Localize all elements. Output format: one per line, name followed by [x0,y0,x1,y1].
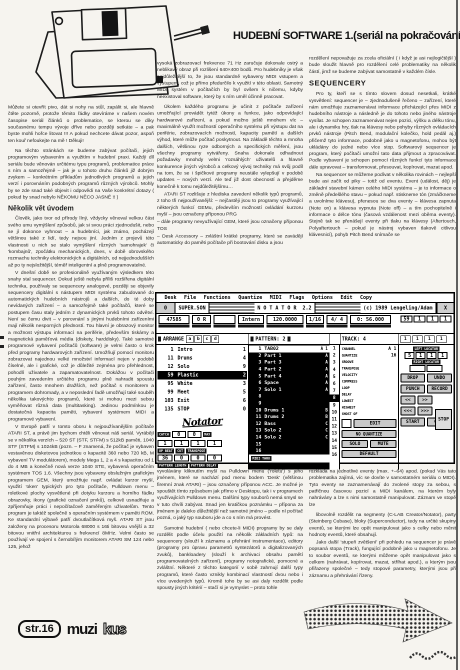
chain-letter[interactable]: c [203,335,211,343]
track-name: Drums 2 [261,414,314,420]
left-locator-values: 5111 [400,352,452,359]
track-index: 16 [250,448,261,454]
pattern-option-chip [287,337,290,342]
pattern-track-row[interactable]: 2 Part 1 A [249,352,329,359]
article-subtitle: (seriál na pokračování) [353,30,460,42]
arrange-row[interactable]: 99 Meet 5 [158,388,247,397]
scan-mark [0,345,4,348]
arrange-position: 103 [159,398,174,404]
scan-squiggle [408,646,458,666]
arrange-row[interactable]: 11 Drums 4 [158,354,247,363]
menu-item[interactable]: Edit [340,295,352,301]
track-name: Solo 1 [261,387,314,393]
article-title-row: HUDEBNÍ SOFTWARE 1. (seriál na pokračová… [233,30,457,42]
track-parameter-panel: CHANNEL A 1 QUANTIZE 16 GROOVE [340,345,399,470]
pattern-length-value[interactable]: 0 [191,455,206,462]
track-index: 14 [250,435,261,441]
paragraph: Jako další 'stupeň zvětšení' při pohledu… [309,539,456,579]
window-size-box[interactable]: 0 [157,303,176,313]
track-index: 8 [250,394,261,400]
track-number[interactable]: 12 [329,423,339,430]
tempo-display[interactable]: 120.0000 [267,315,304,324]
pattern-track-row[interactable]: 6 Space A [249,379,329,386]
arrange-pattern-name: Exit [174,398,238,404]
section-heading-uvodem: Několik vět úvodem [8,204,154,214]
titlebar-stripes [210,303,255,313]
parameter-label: LOOP [342,386,350,390]
track-channel: A [315,353,328,358]
mute-button[interactable]: MUTE [370,440,396,448]
track-name: Part 2 [261,367,314,373]
copyright-text: (c) 1989 Lengeling/Adam [360,303,436,313]
punch-button[interactable]: PUNCH [400,385,425,394]
article-title: HUDEBNÍ SOFTWARE 1. [233,30,353,42]
arrange-position: 99 [159,390,174,396]
upbeat-caption: UP BEAT [158,449,175,454]
track-channel: A [315,360,328,365]
menu-item[interactable]: Desk [165,295,177,301]
pattern-track-row[interactable]: 9 [249,400,329,407]
track-number[interactable]: 11 [329,416,339,423]
arrange-pattern-name: White [174,381,238,387]
upbeat-value[interactable]: 1 [207,440,222,447]
pattern-track-row[interactable]: 5 Part 4 A [249,373,329,380]
arrange-pattern-name: Plastic [174,373,238,379]
paragraph: Samotné hudební ( nebo chcete-li MIDI) p… [157,525,303,592]
track-index: 6 [250,380,261,386]
upbeat-caption: TRANSPOSE [186,449,207,454]
paragraph: Člověk, jako tvor od přírody líný, vždyc… [8,215,154,268]
track-number[interactable]: 7 [329,388,339,395]
no-quantize-button[interactable]: NO QUANTIZE [342,430,397,438]
track-number[interactable]: 5 [329,373,339,380]
arrange-repeat: 5 [238,390,246,396]
track-number[interactable]: 10 [329,409,339,416]
pattern-track-row[interactable]: 14 Solo 2 C [249,434,329,441]
default-button[interactable]: DEFAULT [342,450,397,458]
track-number[interactable]: 4 [329,366,339,373]
cycle-box[interactable] [427,365,443,372]
track-number[interactable]: 2 [329,352,339,359]
track-index: 10 [250,407,261,413]
paragraph: libovolně rozdělit na segmenty (C-LAB Cr… [309,511,456,538]
chain-letter[interactable]: a [186,335,194,343]
smpte-time-display: 0: 56.000 [350,315,391,324]
undo-button[interactable]: UNDO [427,374,452,383]
column-middle-top: vysoká zobrazovací frekvence 71 Hz zaruč… [157,60,303,288]
track-index: 9 [250,401,261,407]
pattern-track-row[interactable]: 7 Solo 1 A [249,386,329,393]
track-number[interactable]: 9 [329,402,339,409]
track-channel: B [315,415,328,420]
track-channel: A [315,387,328,392]
paragraph: vysoká zobrazovací frekvence 71 Hz zaruč… [157,60,303,100]
parameter-label: QUANTIZE [342,353,358,357]
paragraph: ATARI ST rozlišuje z hlediska zavedení n… [157,191,303,218]
pattern-track-list: 1 TAB02 A 1 2 Part 1 A [249,345,329,470]
parameter-label: GROOVE [342,360,354,364]
pattern-label[interactable]: PATTERN: 2 [255,336,285,342]
arrange-label: ARRANGE [163,336,184,342]
right-locator-caption: RIGHT LOCATOR [412,360,440,365]
arrange-pattern-name: Meet [174,390,238,396]
arrange-repeat: 6 [238,398,246,404]
pattern-track-row[interactable]: 12 Bass C [249,420,329,427]
column-left: Můžete si otevřít pivo, dát si nohy na s… [8,104,154,618]
pattern-track-row[interactable]: 4 Part 2 A [249,366,329,373]
parameter-row[interactable]: GHOST OF [342,411,397,418]
track-channel: A [315,381,328,386]
track-index: 13 [250,428,261,434]
paragraph: – dále programy nevyužívající GEM, které… [157,219,303,232]
song-position-counters: 59111 [401,316,452,323]
rnd-box[interactable] [342,419,352,428]
menu-item[interactable]: Quantize [238,295,262,301]
chain-letter[interactable]: b [195,335,203,343]
pattern-track-row[interactable]: 3 Part 3 A [249,359,329,366]
paragraph: Na těchto stránkách se budeme zabývat po… [8,147,154,200]
catch-value-2[interactable]: 0 [187,431,201,438]
parameter-list: CHANNEL A 1 QUANTIZE 16 GROOVE [342,346,397,418]
menu-item[interactable]: MIDI [270,295,282,301]
arrange-row[interactable]: 12 Solo 9 [158,363,247,372]
pattern-track-row[interactable]: 13 Solo 2 C [249,427,329,434]
track-name: Solo 2 [261,435,314,441]
track-channel: B [315,408,328,413]
track-channel: A 1 [315,347,328,352]
stop-button[interactable]: STOP [435,409,452,430]
track-name: Part 4 [261,373,314,379]
start-button[interactable]: START [400,418,425,427]
arrange-header: ARRANGE abcd [157,334,249,344]
track-number[interactable]: 13 [329,430,339,437]
notator-logo: Notator [157,411,247,432]
locator-counter: 1 [424,335,434,343]
pattern-length-value[interactable]: 0 [174,455,189,462]
arrange-position: 1 [159,347,174,353]
arrange-repeat: 4 [238,356,246,362]
paragraph: rozkládá na jednotlivé eventy (max. +–64… [309,468,456,508]
position-counter: 1 [427,316,439,323]
quantize-display[interactable]: 1/16 [306,315,324,324]
arrange-panel: 1 Intro 1 11 Drums 4 [157,345,249,470]
rewind-button[interactable]: << [400,396,415,405]
transport-panel: LEFT LOCATOR 5111 RIGHT LOCATOR DROP UND… [399,345,454,470]
arrange-repeat: 3 [238,381,246,387]
menu-item[interactable]: Copy [360,295,372,301]
paragraph: Na sequencer se můžeme podívat v několik… [309,172,456,239]
midi-thru-chip[interactable]: MIDI THRU [251,456,272,461]
arrange-repeat: 2 [238,373,246,379]
status-row: 47585 0 R Intern 120.0000 1/16 4/ 4 0: 5… [157,314,454,334]
track-name: Solo 2 [261,428,314,434]
arrange-mode-chip[interactable] [158,337,161,342]
title-bar: 0 SUPER.SON N O T A T O R 2.2 (c) 1989 L… [157,303,454,314]
fast-rewind-button[interactable]: <<< [400,407,415,416]
pattern-rows: 1 TAB02 A 1 2 Part 1 A [249,346,329,455]
arrange-repeat: 9 [238,364,246,370]
parameter-label: DELAY [342,392,352,396]
section-header-row: ARRANGE abcd PATTERN: 2 TRACK: 4 1111 [157,334,454,345]
catch-value-1[interactable]: 0 [172,431,186,438]
pattern-header: PATTERN: 2 [249,334,329,344]
track-number[interactable]: 16 [329,451,339,458]
locator-counter: 1 [412,335,422,343]
upbeat-value[interactable]: 1 [191,440,206,447]
menu-item[interactable]: Functions [204,295,231,301]
parameter-label: GHOST OF [342,412,358,416]
app-name-version: N O T A T O R 2.2 [254,303,315,313]
arrange-pattern-name: Intro [174,347,238,353]
pattern-track-row[interactable]: 15 [249,441,329,448]
pattern-length-value[interactable]: 36 [158,455,173,462]
max-chip[interactable]: MAX [203,432,212,437]
track-number[interactable]: 8 [329,395,339,402]
menu-item[interactable]: Flags [289,295,304,301]
track-label[interactable]: TRACK: 4 [342,336,366,342]
arrange-pattern-name: Solo [174,364,238,370]
section-heading-sequencery: SEQUENCERY [309,78,456,88]
column-right-bottom: rozkládá na jednotlivé eventy (max. +–64… [309,468,456,594]
time-signature-display[interactable]: 4/ 4 [327,315,348,324]
track-channel: A [315,374,328,379]
paragraph: – Desk Accessory – zvláštní krátké progr… [157,233,303,246]
column-right-top: rozdělení nepovažuje za zcela oficiální … [309,55,456,288]
track-name: Part 3 [261,360,314,366]
track-index: 3 [250,360,261,366]
arrange-pattern-name: Drums [174,356,238,362]
track-index: 15 [250,441,261,447]
fast-forward-button[interactable]: >>> [417,407,432,416]
record-button[interactable]: RECORD [427,385,452,394]
page-footer: str.16 muzikus [18,620,126,638]
page-number-badge: str.16 [18,620,61,638]
position-counter: 1 [440,316,452,323]
pattern-status-chip [250,337,253,342]
locator-counter: 1 [436,335,446,343]
halftone-arrow-graphic [300,592,458,654]
left-locator-value[interactable]: 1 [416,352,426,359]
drop-button[interactable]: DROP [400,374,425,383]
track-name: TAB02 [261,346,314,352]
position-counter: 1 [414,316,426,323]
pattern-track-row[interactable]: 11 Drums 2 B [249,413,329,420]
arrange-position: 59 [159,373,174,379]
track-channel: C [315,435,328,440]
metronome-box[interactable] [410,365,426,372]
pattern-track-row[interactable]: 1 TAB02 A 1 [249,346,329,353]
main-body: 1 Intro 1 11 Drums 4 [157,345,454,470]
forward-button[interactable]: >> [417,396,432,405]
track-number[interactable]: 15 [329,444,339,451]
arrange-chain-letters: abcd [186,335,219,343]
pattern-length-value[interactable]: 0 [207,455,222,462]
midi-thru-strip: MIDI THRU [249,454,329,462]
left-locator-value[interactable]: 1 [438,352,448,359]
track-index: 5 [250,373,261,379]
track-number[interactable]: 3 [329,359,339,366]
arrange-row[interactable]: 59 Plastic 2 [158,371,247,380]
intro-caption: Můžete si otevřít pivo, dát si nohy na s… [8,104,154,144]
magazine-logo-outline: kus [103,621,126,638]
menu-bar: DeskFileFunctionsQuantizeMIDIFlagsOption… [157,294,454,304]
blank-display [214,315,236,324]
parameter-label: VELOCITY [342,373,358,377]
paragraph: Úkolem každého programu je učinit z počí… [157,103,303,190]
position-counter: 59 [401,316,413,323]
parameter-label: HIGHEST [342,405,356,409]
pattern-track-row[interactable]: 16 [249,447,329,454]
parameter-label: TRANSPOSE [342,366,360,370]
parameter-label: LOWEST [342,399,354,403]
parameter-label: COMPRESS [342,379,358,383]
pattern-track-row[interactable]: 10 Drums 1 B [249,407,329,414]
arrange-row[interactable]: 103 Exit 6 [158,397,247,406]
track-index: 4 [250,367,261,373]
catch-row: CATCH 0 0 MAX [158,430,247,439]
upbeat-values: 1111 [158,440,247,448]
arrange-row[interactable]: 1 Intro 1 [158,346,247,355]
track-channel: C [315,428,328,433]
arrange-row[interactable]: 95 White 3 [158,380,247,389]
left-locator-value[interactable]: 5 [405,352,415,359]
menu-item[interactable]: Options [312,295,333,301]
magazine-logo-solid: muzi [67,621,97,638]
scan-mark [0,336,4,339]
paragraph: V Evropě patří v tomto oboru k nejpoužív… [8,424,154,550]
solo-button[interactable]: SOLO [342,440,368,448]
track-header: TRACK: 4 [340,334,399,344]
column-middle-bottom: vyvolávány kliknutím myší na Pulldown me… [157,468,303,640]
catch-chip[interactable]: CATCH [158,432,171,437]
sync-display[interactable]: Intern [238,315,264,324]
pattern-track-row[interactable]: 8 [249,393,329,400]
parameter-value: 16 [391,353,396,358]
mode-display: 0 R [192,315,211,324]
paragraph: Pro ty, kteří se s tímto slovem dosud ne… [309,91,456,171]
right-locator-values [400,365,452,372]
track-number[interactable]: 14 [329,437,339,444]
upbeat-value[interactable]: 1 [174,440,189,447]
edit-button[interactable]: EDIT [354,419,397,428]
left-locator-caption: LEFT LOCATOR [413,347,439,352]
track-index: 11 [250,414,261,420]
parameter-label: CHANNEL [342,347,356,351]
track-number-strip: 12345678910111213141516 [329,345,340,470]
arrange-position: 135 [159,407,174,413]
track-channel: C [315,421,328,426]
track-name: Space [261,380,314,386]
track-name: Part 1 [261,353,314,359]
arrange-position: 11 [159,356,174,362]
scan-edge-line [456,0,458,670]
song-filename: SUPER.SON [176,303,210,313]
menu-item[interactable]: File [184,295,196,301]
close-box[interactable]: X [437,303,454,313]
paragraph: rozdělení nepovažuje za zcela oficiální … [309,55,456,75]
track-index: 12 [250,421,261,427]
tracknum-header [329,334,340,344]
upbeat-caption: CUT [176,449,185,454]
arrange-list: 1 Intro 1 11 Drums 4 [158,346,247,414]
arrange-repeat: 1 [238,347,246,353]
track-index: 1 [250,346,261,352]
paragraph: vyvolávány kliknutím myší na Pulldown me… [157,468,303,521]
track-number[interactable]: 6 [329,380,339,387]
pattern-length-values: 36000 [158,455,247,463]
titlebar-stripes [316,303,361,313]
track-index: 7 [250,387,261,393]
track-channel: A [315,367,328,372]
notator-screenshot: DeskFileFunctionsQuantizeMIDIFlagsOption… [155,292,456,465]
left-locator-value[interactable]: 1 [427,352,437,359]
chain-letter[interactable]: d [212,335,220,343]
position-display: 47585 [159,315,190,324]
paragraph: V dnešní době se profesionálně využívaný… [8,269,154,422]
track-name: Drums 1 [261,407,314,413]
arrange-position: 95 [159,381,174,387]
parameter-value: A 1 [388,346,396,351]
upbeat-captions: UP BEATCUTTRANSPOSE [158,449,247,454]
track-number[interactable]: 1 [329,345,339,352]
locator-top-counters: 1111 [399,334,454,344]
track-buttons: EDIT NO QUANTIZE SOLO MUTE DEFAULT [342,419,397,458]
track-index: 2 [250,353,261,359]
track-name: Bass [261,421,314,427]
locator-counter: 1 [400,335,410,343]
arrange-position: 12 [159,364,174,370]
upbeat-value[interactable]: 1 [158,440,173,447]
magazine-page: HUDEBNÍ SOFTWARE 1. (seriál na pokračová… [0,0,460,670]
